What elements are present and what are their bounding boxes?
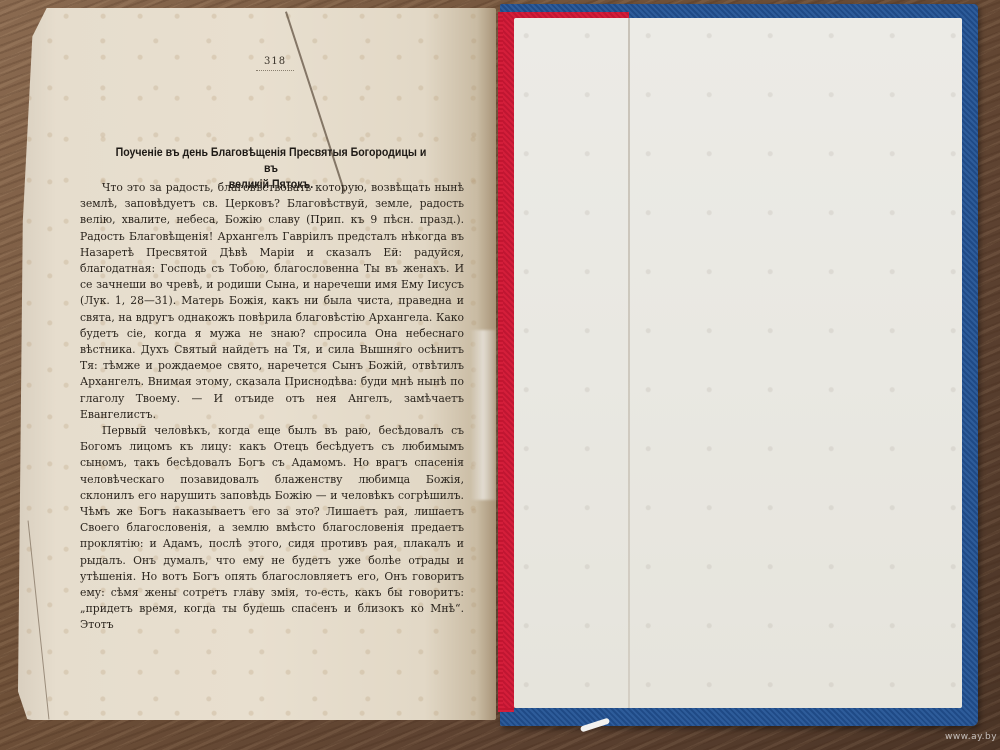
title-line-1: Поученіе въ день Благовѣщенія Пресвятыя … [110, 145, 432, 177]
watermark: www.ay.by [945, 732, 997, 742]
gutter-tear [470, 330, 496, 500]
body-text: Что это за радость, благовѣствовать кото… [80, 180, 464, 634]
blank-endpaper [514, 18, 962, 708]
paragraph-2: Первый человѣкъ, когда еще былъ въ раю, … [80, 423, 464, 634]
endpaper-seam [628, 18, 630, 708]
paragraph-1: Что это за радость, благовѣствовать кото… [80, 180, 464, 423]
page-number: 318 [256, 56, 294, 71]
